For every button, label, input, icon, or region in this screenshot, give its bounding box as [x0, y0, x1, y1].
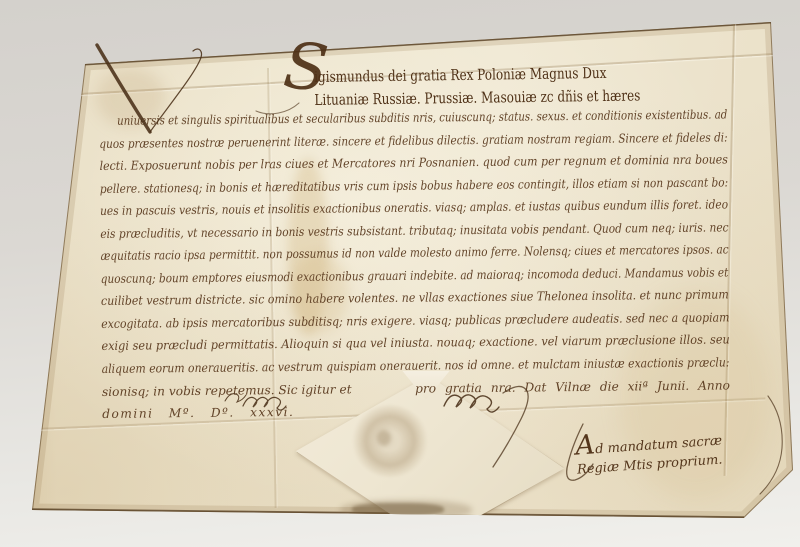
initial-tail-flourish [256, 103, 299, 114]
signature-flourish [567, 424, 593, 480]
margin-flourish [760, 396, 782, 494]
v-mark [97, 45, 150, 132]
v-mark-thin [150, 49, 201, 132]
manuscript-photo: { "colors": { "background_gray": "#d8d5d… [0, 0, 800, 547]
paraph-right-tail [493, 386, 528, 467]
ink-marks [0, 0, 800, 547]
paraph-right [444, 395, 499, 412]
paraph-left [243, 397, 286, 410]
date-flourish [225, 394, 246, 402]
